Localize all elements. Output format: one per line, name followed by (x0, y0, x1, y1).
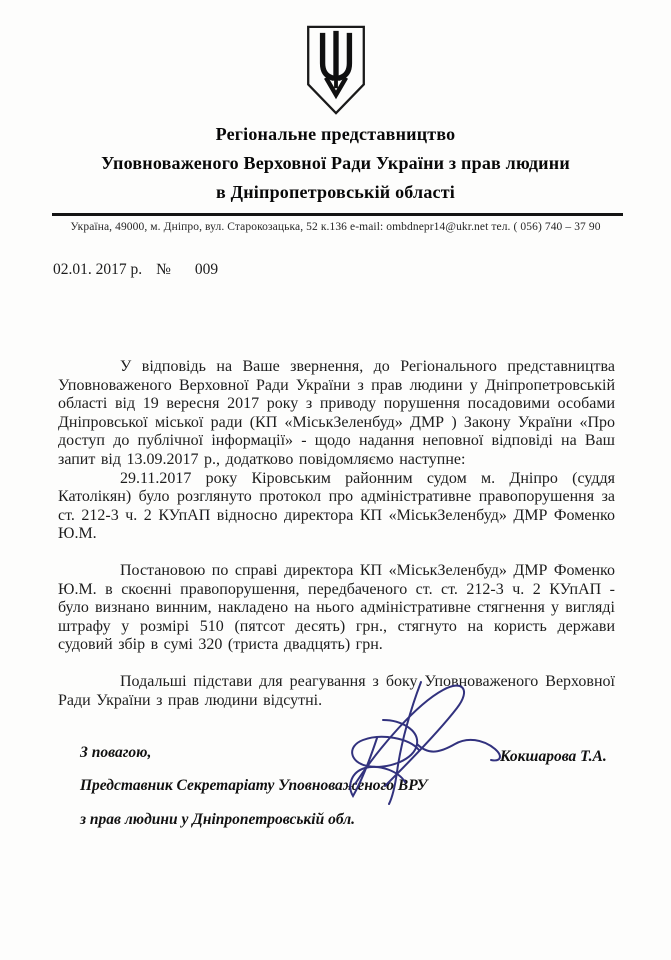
org-name-line3: в Дніпропетровській області (40, 178, 631, 206)
letterhead-divider (52, 213, 623, 216)
signer-name: Кокшарова Т.А. (500, 748, 607, 766)
body-paragraph: Постановою по справі директора КП «Міськ… (58, 562, 615, 655)
letter-number: 009 (195, 261, 218, 278)
ukraine-trident-icon (305, 24, 367, 116)
letterhead: Регіональне представництво Уповноваженог… (40, 120, 631, 206)
signer-title-line2: з прав людини у Дніпропетровській обл. (80, 811, 671, 828)
contact-line: Україна, 49000, м. Дніпро, вул. Старокоз… (0, 221, 671, 233)
body-paragraph: Подальші підстави для реагування з боку … (58, 673, 615, 710)
org-name-line1: Регіональне представництво (40, 120, 631, 148)
scanned-letter-page: Регіональне представництво Уповноваженог… (0, 0, 671, 960)
signer-title-line1: Представник Секретаріату Уповноваженого … (80, 777, 671, 794)
org-name-line2: Уповноваженого Верховної Ради України з … (40, 149, 631, 177)
letter-body: У відповідь на Ваше звернення, до Регіон… (58, 358, 615, 710)
reference-line: 02.01. 2017 р.№009 (53, 261, 671, 279)
body-paragraph: 29.11.2017 року Кіровським районним судо… (58, 470, 615, 544)
letter-date: 02.01. 2017 р. (53, 261, 142, 278)
number-sign: № (156, 261, 171, 278)
body-paragraph: У відповідь на Ваше звернення, до Регіон… (58, 358, 615, 470)
